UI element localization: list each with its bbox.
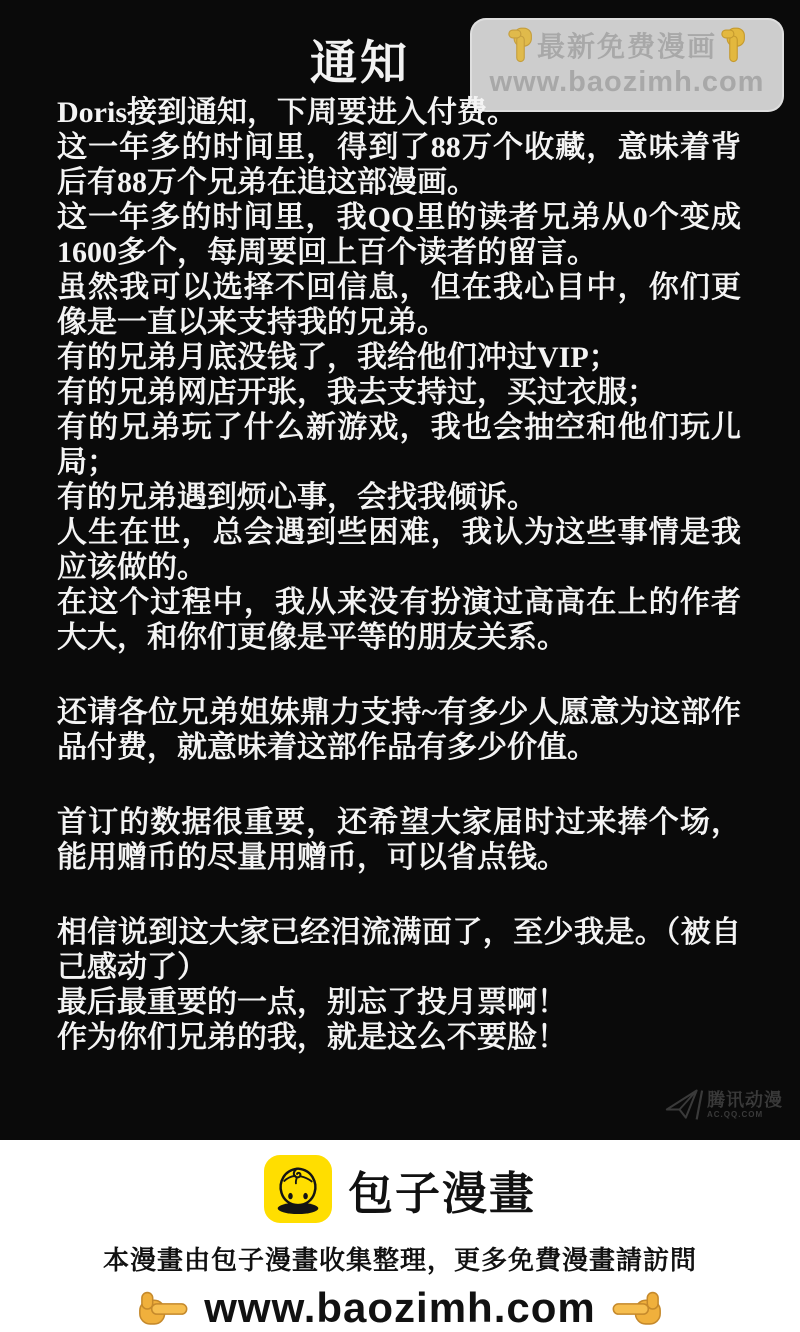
paragraph-block: 首订的数据很重要，还希望大家届时过来捧个场，能用赠币的尽量用赠币，可以省点钱。 xyxy=(57,805,741,875)
paragraph-block: 还请各位兄弟姐妹鼎力支持~有多少人愿意为这部作品付费，就意味着这部作品有多少价值… xyxy=(57,695,741,765)
pointing-down-icon xyxy=(720,27,747,63)
paragraph: 在这个过程中，我从来没有扮演过高高在上的作者大大，和你们更像是平等的朋友关系。 xyxy=(57,585,741,655)
paragraph: 虽然我可以选择不回信息，但在我心目中，你们更像是一直以来支持我的兄弟。 xyxy=(57,270,741,340)
paragraph: 最后最重要的一点，别忘了投月票啊！ xyxy=(57,985,741,1020)
paragraph: 这一年多的时间里，得到了88万个收藏，意味着背后有88万个兄弟在追这部漫画。 xyxy=(57,130,741,200)
page-title: 通知 xyxy=(0,26,720,93)
brand-name: 包子漫畫 xyxy=(348,1157,536,1222)
tencent-brand: 腾讯动漫 xyxy=(707,1091,783,1109)
paragraph: 有的兄弟网店开张，我去支持过，买过衣服； xyxy=(57,375,741,410)
paragraph: 还请各位兄弟姐妹鼎力支持~有多少人愿意为这部作品付费，就意味着这部作品有多少价值… xyxy=(57,695,741,765)
paragraph: 这一年多的时间里，我QQ里的读者兄弟从0个变成1600多个，每周要回上百个读者的… xyxy=(57,200,741,270)
paragraph-block: 相信说到这大家已经泪流满面了，至少我是。（被自己感动了） 最后最重要的一点，别忘… xyxy=(57,915,741,1055)
paragraph-block: Doris接到通知，下周要进入付费。 这一年多的时间里，得到了88万个收藏，意味… xyxy=(57,95,741,655)
tencent-watermark: 腾讯动漫 AC.QQ.COM xyxy=(664,1086,783,1124)
paper-plane-icon xyxy=(664,1086,704,1124)
tencent-site: AC.QQ.COM xyxy=(707,1111,783,1119)
paragraph: 有的兄弟月底没钱了，我给他们冲过VIP； xyxy=(57,340,741,375)
paragraph: 人生在世，总会遇到些困难，我认为这些事情是我应该做的。 xyxy=(57,515,741,585)
paragraph: 首订的数据很重要，还希望大家届时过来捧个场，能用赠币的尽量用赠币，可以省点钱。 xyxy=(57,805,741,875)
paragraph: 有的兄弟遇到烦心事，会找我倾诉。 xyxy=(57,480,741,515)
baozi-bun-icon xyxy=(264,1155,332,1223)
footer-tagline: 本漫畫由包子漫畫收集整理，更多免費漫畫請訪問 xyxy=(0,1240,800,1277)
notice-panel: 最新免费漫画 www.baozimh.com 通知 Doris接到通知，下周要进… xyxy=(0,0,800,1140)
notice-body: Doris接到通知，下周要进入付费。 这一年多的时间里，得到了88万个收藏，意味… xyxy=(57,95,741,1055)
brand-row: 包子漫畫 xyxy=(0,1155,800,1223)
footer-url[interactable]: www.baozimh.com xyxy=(204,1284,595,1332)
paragraph: 相信说到这大家已经泪流满面了，至少我是。（被自己感动了） xyxy=(57,915,741,985)
paragraph: 有的兄弟玩了什么新游戏，我也会抽空和他们玩儿局； xyxy=(57,410,741,480)
pointing-right-icon xyxy=(138,1291,188,1326)
paragraph: 作为你们兄弟的我，就是这么不要脸！ xyxy=(57,1020,741,1055)
paragraph: Doris接到通知，下周要进入付费。 xyxy=(57,95,741,130)
footer-url-row: www.baozimh.com xyxy=(0,1284,800,1332)
pointing-left-icon xyxy=(612,1291,662,1326)
footer: 包子漫畫 本漫畫由包子漫畫收集整理，更多免費漫畫請訪問 www.baozimh.… xyxy=(0,1140,800,1332)
tencent-watermark-text: 腾讯动漫 AC.QQ.COM xyxy=(707,1091,783,1119)
